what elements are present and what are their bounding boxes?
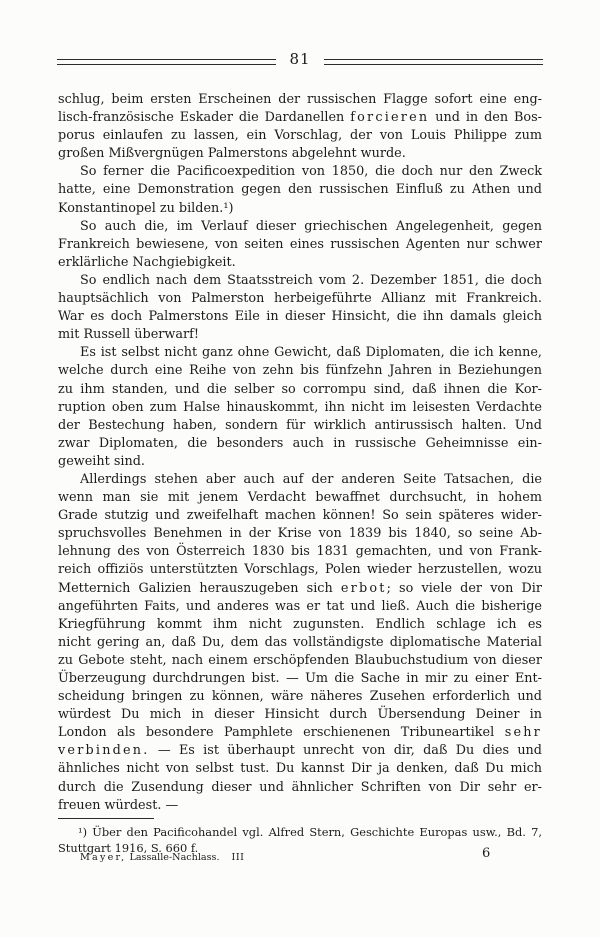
- text-line: So endlich nach dem Staatsstreich vom 2.…: [58, 272, 542, 290]
- text-line: würdest Du mich in dieser Hinsicht durch…: [58, 706, 542, 724]
- letterspaced-text: sehr: [505, 725, 542, 740]
- letterspaced-text: erbot: [341, 581, 387, 596]
- text-line: Grade stutzig und zweifelhaft machen kön…: [58, 507, 542, 525]
- text-line: ruption oben zum Halse hinauskommt, ihn …: [58, 399, 542, 417]
- text-line: freuen würdest. —: [58, 797, 542, 815]
- text-line: geweiht sind.: [58, 453, 542, 471]
- text-line: Metternich Galizien herauszugeben sich e…: [58, 580, 542, 598]
- text-line: Konstantinopel zu bilden.¹): [58, 200, 542, 218]
- imprint-volume: III: [232, 852, 245, 863]
- paragraph: So auch die, im Verlauf dieser griechisc…: [58, 218, 542, 272]
- footnote: ¹) Über den Pacificohandel vgl. Alfred S…: [58, 818, 542, 856]
- text-line: erklärliche Nachgiebigkeit.: [58, 254, 542, 272]
- text-line: War es doch Palmerstons Eile in dieser H…: [58, 308, 542, 326]
- letterspaced-text: verbinden.: [58, 743, 150, 758]
- letterspaced-text: forcieren: [350, 110, 429, 125]
- imprint-text: Mayer, Lassalle-Nachlass.: [80, 852, 220, 863]
- text-line: scheidung bringen zu können, wäre nähere…: [58, 688, 542, 706]
- text-line: lisch-französische Eskader die Dardanell…: [58, 109, 542, 127]
- page-number: 81: [289, 52, 310, 67]
- header-rule-right: [324, 59, 543, 65]
- text-line: Überzeugung durchdrungen bist. — Um die …: [58, 670, 542, 688]
- imprint-line: Mayer, Lassalle-Nachlass.III: [80, 852, 244, 864]
- running-head: 81: [57, 54, 543, 69]
- text-line: reich offiziös unterstützten Vorschlags,…: [58, 561, 542, 579]
- header-rule-left: [57, 59, 276, 65]
- text-line: großen Mißvergnügen Palmerstons abgelehn…: [58, 145, 542, 163]
- text-line: London als besondere Pamphlete erschiene…: [58, 724, 542, 742]
- text-line: verbinden. — Es ist überhaupt unrecht vo…: [58, 742, 542, 760]
- text-line: mit Russell überwarf!: [58, 326, 542, 344]
- paragraph: Allerdings stehen aber auch auf der ande…: [58, 471, 542, 815]
- text-line: Allerdings stehen aber auch auf der ande…: [58, 471, 542, 489]
- paragraph: So endlich nach dem Staatsstreich vom 2.…: [58, 272, 542, 344]
- text-line: durch die Zusendung dieser und ähnlicher…: [58, 779, 542, 797]
- footnote-rule: [58, 818, 154, 819]
- body-text: schlug, beim ersten Erscheinen der russi…: [58, 91, 542, 815]
- text-line: nicht gering an, daß Du, dem das vollstä…: [58, 634, 542, 652]
- text-line: wenn man sie mit jenem Verdacht bewaffne…: [58, 489, 542, 507]
- text-line: So ferner die Pacificoexpedition von 185…: [58, 163, 542, 181]
- text-line: lehnung des von Österreich 1830 bis 1831…: [58, 543, 542, 561]
- paragraph: Es ist selbst nicht ganz ohne Gewicht, d…: [58, 344, 542, 471]
- text-line: Frankreich bewiesene, von seiten eines r…: [58, 236, 542, 254]
- book-page: 81 schlug, beim ersten Erscheinen der ru…: [0, 0, 600, 937]
- text-line: porus einlaufen zu lassen, ein Vorschlag…: [58, 127, 542, 145]
- text-line: So auch die, im Verlauf dieser griechisc…: [58, 218, 542, 236]
- letterspaced-text: Mayer,: [80, 852, 126, 863]
- text-line: angeführten Faits, und anderes was er ta…: [58, 598, 542, 616]
- paragraph: So ferner die Pacificoexpedition von 185…: [58, 163, 542, 217]
- paragraph: schlug, beim ersten Erscheinen der russi…: [58, 91, 542, 163]
- text-line: zwar Diplomaten, die besonders auch in r…: [58, 435, 542, 453]
- text-line: ähnliches nicht von selbst tust. Du kann…: [58, 760, 542, 778]
- text-line: welche durch eine Reihe von zehn bis fün…: [58, 362, 542, 380]
- signature-mark: 6: [482, 846, 490, 861]
- text-line: hauptsächlich von Palmerston herbeigefüh…: [58, 290, 542, 308]
- text-line: Kriegführung kommt ihm nicht zugunsten. …: [58, 616, 542, 634]
- text-line: zu ihm standen, und die selber so corrom…: [58, 381, 542, 399]
- text-line: zu Gebote steht, nach einem erschöpfende…: [58, 652, 542, 670]
- text-line: der Bestechung haben, sondern für wirkli…: [58, 417, 542, 435]
- text-line: schlug, beim ersten Erscheinen der russi…: [58, 91, 542, 109]
- text-line: Es ist selbst nicht ganz ohne Gewicht, d…: [58, 344, 542, 362]
- text-line: spruchsvolles Benehmen in der Krise von …: [58, 525, 542, 543]
- text-line: hatte, eine Demonstration gegen den russ…: [58, 181, 542, 199]
- footnote-line: ¹) Über den Pacificohandel vgl. Alfred S…: [58, 824, 542, 840]
